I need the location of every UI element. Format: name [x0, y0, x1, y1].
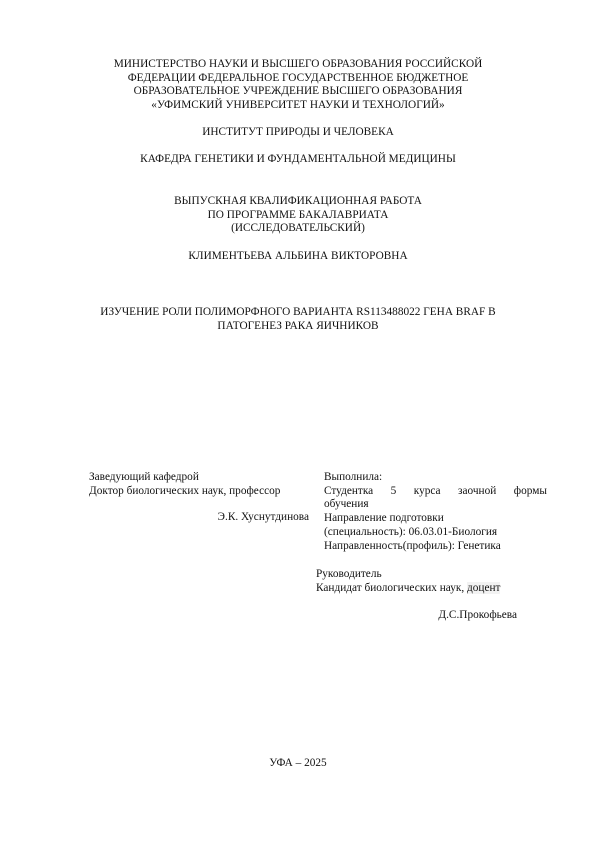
head-of-department-block: Заведующий кафедрой Доктор биологических… — [89, 471, 309, 525]
header-line: ОБРАЗОВАТЕЛЬНОЕ УЧРЕЖДЕНИЕ ВЫСШЕГО ОБРАЗ… — [0, 85, 596, 99]
head-role: Заведующий кафедрой — [89, 471, 309, 485]
direction-label: Направление подготовки — [324, 512, 547, 526]
student-word: курса — [414, 485, 441, 499]
work-type-line: ВЫПУСКНАЯ КВАЛИФИКАЦИОННАЯ РАБОТА — [0, 195, 596, 209]
header-line: ФЕДЕРАЦИИ ФЕДЕРАЛЬНОЕ ГОСУДАРСТВЕННОЕ БЮ… — [0, 72, 596, 86]
title-line: ПАТОГЕНЕЗ РАКА ЯИЧНИКОВ — [0, 320, 596, 334]
student-word: заочной — [458, 485, 496, 499]
student-word: формы — [514, 485, 547, 499]
supervisor-role: Руководитель — [316, 568, 546, 582]
work-type-line: ПО ПРОГРАММЕ БАКАЛАВРИАТА — [0, 209, 596, 223]
ministry-header: МИНИСТЕРСТВО НАУКИ И ВЫСШЕГО ОБРАЗОВАНИЯ… — [0, 58, 596, 113]
supervisor-block: Руководитель Кандидат биологических наук… — [316, 568, 546, 623]
work-type-line: (ИССЛЕДОВАТЕЛЬСКИЙ) — [0, 222, 596, 236]
title-line: ИЗУЧЕНИЕ РОЛИ ПОЛИМОРФНОГО ВАРИАНТА RS11… — [0, 306, 596, 320]
header-line: «УФИМСКИЙ УНИВЕРСИТЕТ НАУКИ И ТЕХНОЛОГИЙ… — [0, 99, 596, 113]
author-name: КЛИМЕНТЬЕВА АЛЬБИНА ВИКТОРОВНА — [0, 250, 596, 264]
supervisor-degree: Кандидат биологических наук, доцент — [316, 582, 546, 596]
profile: Направленность(профиль): Генетика — [324, 540, 547, 554]
student-block: Выполнила: Студентка 5 курса заочной фор… — [324, 471, 547, 553]
student-label: Выполнила: — [324, 471, 547, 485]
supervisor-degree-main: Кандидат биологических наук, — [316, 582, 464, 594]
supervisor-name: Д.С.Прокофьева — [316, 609, 546, 623]
head-degree: Доктор биологических наук, профессор — [89, 485, 309, 499]
supervisor-academic-title: доцент — [467, 582, 500, 594]
student-word: Студентка — [324, 485, 373, 499]
city-year: УФА – 2025 — [0, 757, 596, 771]
student-course-line-2: обучения — [324, 498, 547, 512]
specialty: (специальность): 06.03.01-Биология — [324, 526, 547, 540]
head-name: Э.К. Хуснутдинова — [89, 511, 309, 525]
thesis-title: ИЗУЧЕНИЕ РОЛИ ПОЛИМОРФНОГО ВАРИАНТА RS11… — [0, 306, 596, 333]
institute-name: ИНСТИТУТ ПРИРОДЫ И ЧЕЛОВЕКА — [0, 126, 596, 140]
header-line: МИНИСТЕРСТВО НАУКИ И ВЫСШЕГО ОБРАЗОВАНИЯ… — [0, 58, 596, 72]
department-name: КАФЕДРА ГЕНЕТИКИ И ФУНДАМЕНТАЛЬНОЙ МЕДИЦ… — [0, 153, 596, 167]
student-word: 5 — [391, 485, 397, 499]
student-course-line: Студентка 5 курса заочной формы — [324, 485, 547, 499]
work-type: ВЫПУСКНАЯ КВАЛИФИКАЦИОННАЯ РАБОТА ПО ПРО… — [0, 195, 596, 236]
